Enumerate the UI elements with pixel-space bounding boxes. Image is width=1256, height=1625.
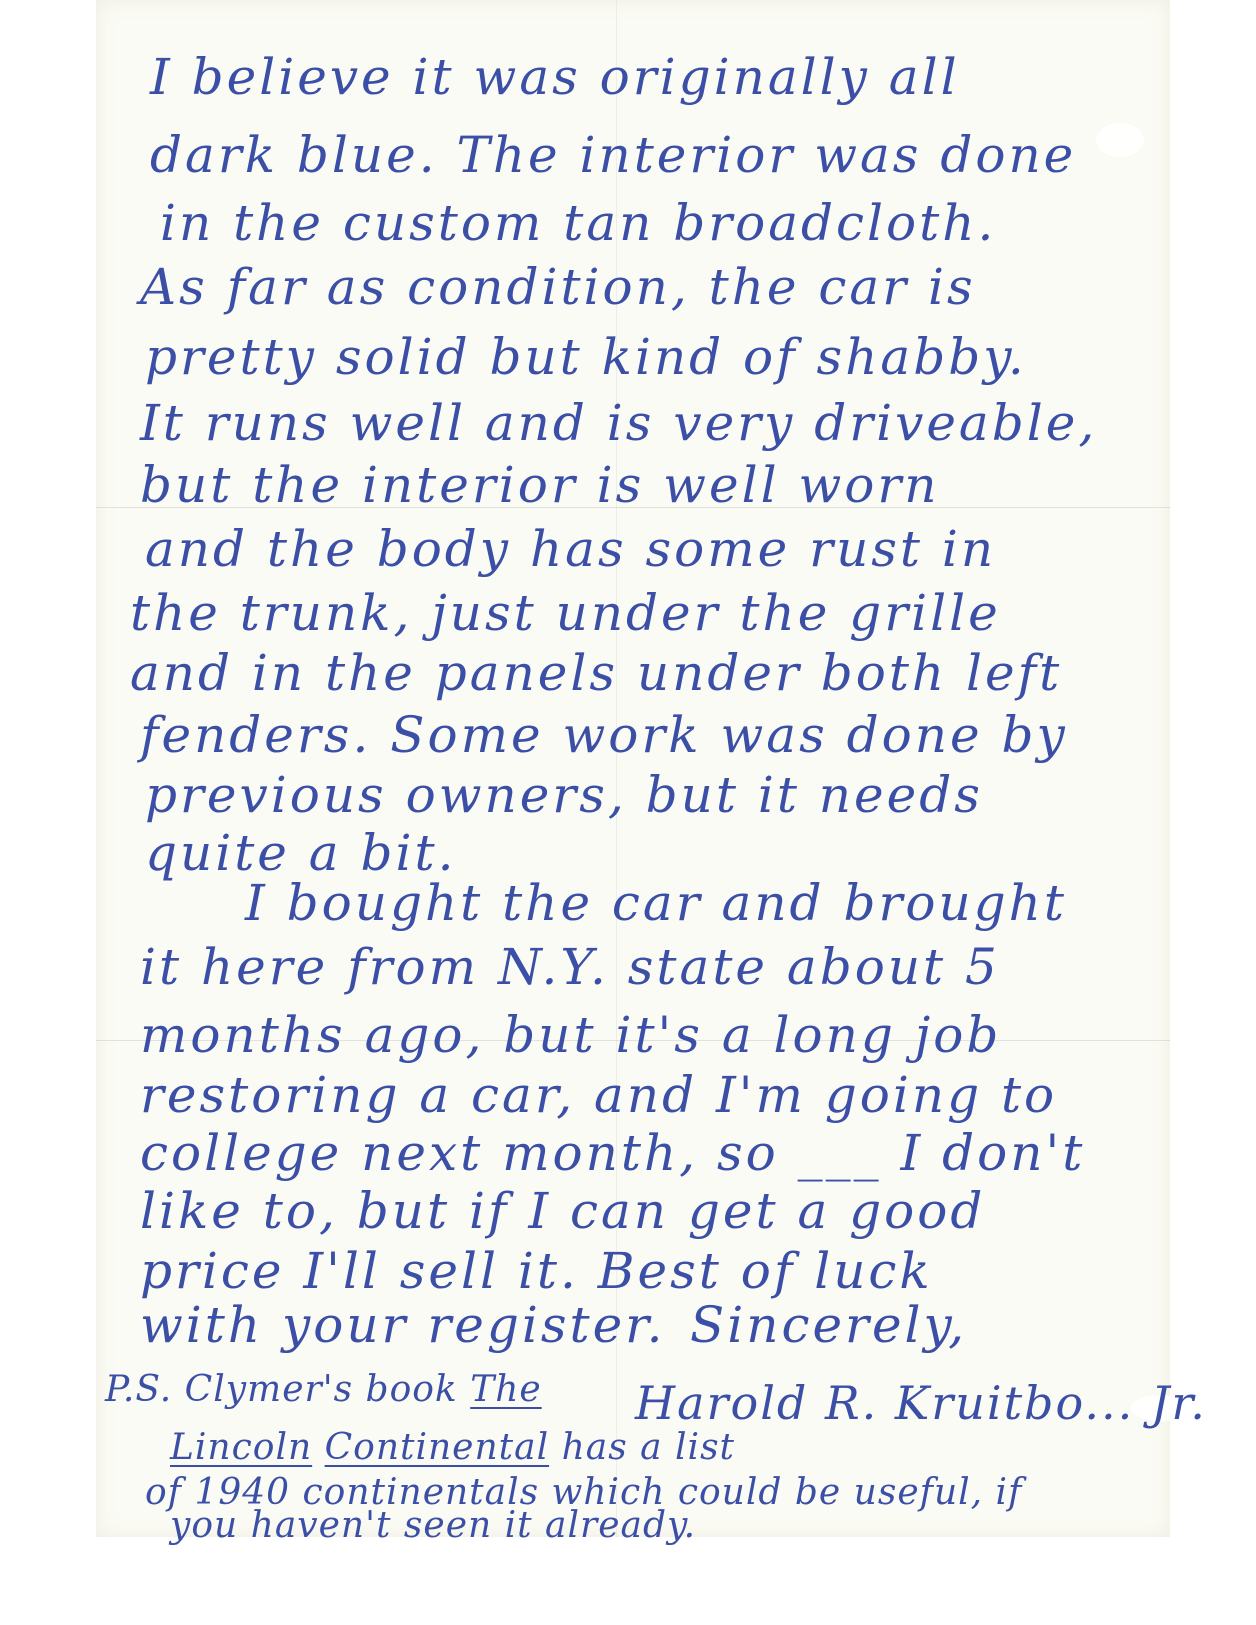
closing: Sincerely,: [690, 1300, 967, 1350]
postscript-line-2: Lincoln Continental has a list: [170, 1430, 735, 1466]
letter-line: pretty solid but kind of shabby.: [145, 332, 1027, 382]
letter-line: with your register.: [140, 1300, 665, 1350]
letter-line: I believe it was originally all: [150, 52, 960, 102]
letter-line: and in the panels under both left: [130, 648, 1062, 698]
postscript-text: Clymer's book: [185, 1369, 458, 1410]
letter-line: months ago, but it's a long job: [140, 1010, 1001, 1060]
postscript-line-4: you haven't seen it already.: [170, 1508, 696, 1544]
letter-line: As far as condition, the car is: [140, 262, 976, 312]
book-title: The: [470, 1369, 542, 1410]
letter-line: It runs well and is very driveable,: [140, 398, 1097, 448]
letter-line: the trunk, just under the grille: [130, 588, 1001, 638]
letter-line: in the custom tan broadcloth.: [160, 198, 996, 248]
book-title: Continental: [325, 1427, 550, 1468]
postscript-prefix: P.S.: [105, 1369, 172, 1410]
letter-line: fenders. Some work was done by: [140, 710, 1068, 760]
letter-line: college next month, so ___ I don't: [140, 1128, 1085, 1178]
letter-line: it here from N.Y. state about 5: [140, 942, 1000, 992]
letter-line: restoring a car, and I'm going to: [140, 1070, 1057, 1120]
postscript-line-1: P.S. Clymer's book The: [105, 1372, 542, 1408]
letter-line: quite a bit.: [145, 828, 456, 878]
paper-blemish: [1096, 123, 1144, 157]
signature: Harold R. Kruitbo... Jr.: [635, 1380, 1207, 1426]
letter-line: and the body has some rust in: [145, 524, 996, 574]
letter-line: price I'll sell it. Best of luck: [140, 1246, 933, 1296]
letter-line: like to, but if I can get a good: [140, 1186, 985, 1236]
letter-line: but the interior is well worn: [140, 460, 939, 510]
letter-line: dark blue. The interior was done: [150, 130, 1076, 180]
postscript-text: has a list: [562, 1427, 735, 1468]
book-title: Lincoln: [170, 1427, 312, 1468]
letter-line: I bought the car and brought: [245, 878, 1067, 928]
letter-line: previous owners, but it needs: [145, 770, 983, 820]
